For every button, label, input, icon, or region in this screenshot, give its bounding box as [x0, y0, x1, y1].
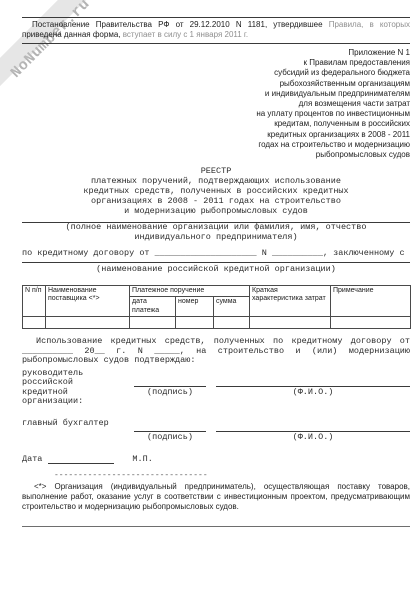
registry-title-line: кредитных средств, полученных в российск…: [22, 186, 410, 196]
signature-caption: (подпись): [134, 432, 206, 442]
signature-role-label: руководитель российской кредитной органи…: [22, 369, 134, 407]
footnote-divider: --------------------------------: [54, 472, 410, 480]
table-row: [23, 317, 411, 329]
signature-underline: [134, 369, 206, 387]
registry-title-line: организациях в 2008 - 2011 годах на стро…: [22, 196, 410, 206]
role-line: кредитной организации:: [22, 388, 134, 407]
document-content: Постановление Правительства РФ от 29.12.…: [0, 0, 420, 527]
signature-block: руководитель российской кредитной органи…: [22, 369, 410, 464]
appendix-line: Приложение N 1: [22, 48, 410, 58]
notice-text-2: приведена данная форма,: [22, 30, 123, 39]
notice-link-effective-date[interactable]: вступает в силу с 1 января 2011 г.: [123, 30, 248, 39]
cell-payment-date: [130, 317, 176, 329]
appendix-line: на уплату процентов по инвестиционным: [22, 109, 410, 119]
role-line: руководитель российской: [22, 369, 134, 388]
notice-text-1: Постановление Правительства РФ от 29.12.…: [32, 20, 329, 29]
appendix-line: для возмещения части затрат: [22, 99, 410, 109]
name-caption: (Ф.И.О.): [216, 432, 410, 442]
signature-row-chief-accountant: главный бухгалтер (подпись) (Ф.И.О.): [22, 419, 410, 442]
col-header-supplier: Наименование поставщика <*>: [46, 285, 130, 317]
effective-date-notice: Постановление Правительства РФ от 29.12.…: [22, 17, 410, 44]
col-header-payment-sum: сумма: [214, 297, 250, 317]
appendix-line: годах на строительство и модернизацию: [22, 140, 410, 150]
confirmation-paragraph: Использование кредитных средств, получен…: [22, 337, 410, 366]
signature-row-head-of-bank: руководитель российской кредитной органи…: [22, 369, 410, 407]
appendix-line: кредитам, полученным в российских: [22, 119, 410, 129]
appendix-line: кредитных организациях в 2008 - 2011: [22, 130, 410, 140]
notice-link-rules[interactable]: Правила, в которых: [329, 20, 410, 29]
name-underline: [216, 369, 410, 387]
stamp-place-label: М.П.: [132, 454, 152, 464]
registry-title-line: РЕЕСТР: [22, 166, 410, 176]
name-underline: [216, 419, 410, 432]
cell-costs: [250, 317, 331, 329]
registry-title-line: платежных поручений, подтверждающих испо…: [22, 176, 410, 186]
col-header-num: N п/п: [23, 285, 46, 317]
footnote-text: <*> Организация (индивидуальный предприн…: [22, 482, 410, 512]
cell-note: [331, 317, 411, 329]
appendix-line: и индивидуальным предпринимателям: [22, 89, 410, 99]
role-line: главный бухгалтер: [22, 419, 134, 429]
confirmation-line: рыбопромысловых судов подтверждаю:: [22, 356, 410, 366]
appendix-line: рыбохозяйственным организациям: [22, 79, 410, 89]
signature-field: (подпись): [134, 369, 206, 407]
date-row: Дата М.П.: [22, 454, 410, 464]
cell-payment-number: [176, 317, 214, 329]
col-header-costs: Краткая характеристика затрат: [250, 285, 331, 317]
col-header-payment-number: номер: [176, 297, 214, 317]
bank-caption: (наименование российской кредитной орган…: [22, 265, 410, 275]
cell-supplier: [46, 317, 130, 329]
name-field: (Ф.И.О.): [216, 369, 410, 407]
signature-role-label: главный бухгалтер: [22, 419, 134, 442]
name-caption: (Ф.И.О.): [216, 387, 410, 397]
payment-orders-table: N п/п Наименование поставщика <*> Платеж…: [22, 285, 411, 330]
organization-caption-line2: индивидуального предпринимателя): [22, 233, 410, 243]
date-label: Дата: [22, 454, 42, 464]
bank-name-line: [22, 262, 410, 263]
cell-num: [23, 317, 46, 329]
document-page: NoNumber.ru Постановление Правительства …: [0, 0, 420, 600]
name-field: (Ф.И.О.): [216, 419, 410, 442]
cell-payment-sum: [214, 317, 250, 329]
col-header-payment-date: дата платежа: [130, 297, 176, 317]
col-header-note: Примечание: [331, 285, 411, 317]
signature-caption: (подпись): [134, 387, 206, 397]
signature-field: (подпись): [134, 419, 206, 442]
appendix-line: к Правилам предоставления: [22, 58, 410, 68]
registry-title-line: и модернизацию рыбопромысловых судов: [22, 206, 410, 216]
appendix-block: Приложение N 1 к Правилам предоставления…: [22, 48, 410, 160]
col-group-payment-order: Платежное поручение: [130, 285, 250, 297]
appendix-line: рыбопромысловых судов: [22, 150, 410, 160]
date-underline: [48, 454, 114, 464]
bottom-divider: [22, 526, 410, 527]
registry-title: РЕЕСТР платежных поручений, подтверждающ…: [22, 166, 410, 216]
credit-contract-line: по кредитному договору от ______________…: [22, 248, 410, 258]
appendix-line: субсидий из федерального бюджета: [22, 68, 410, 78]
signature-underline: [134, 419, 206, 432]
